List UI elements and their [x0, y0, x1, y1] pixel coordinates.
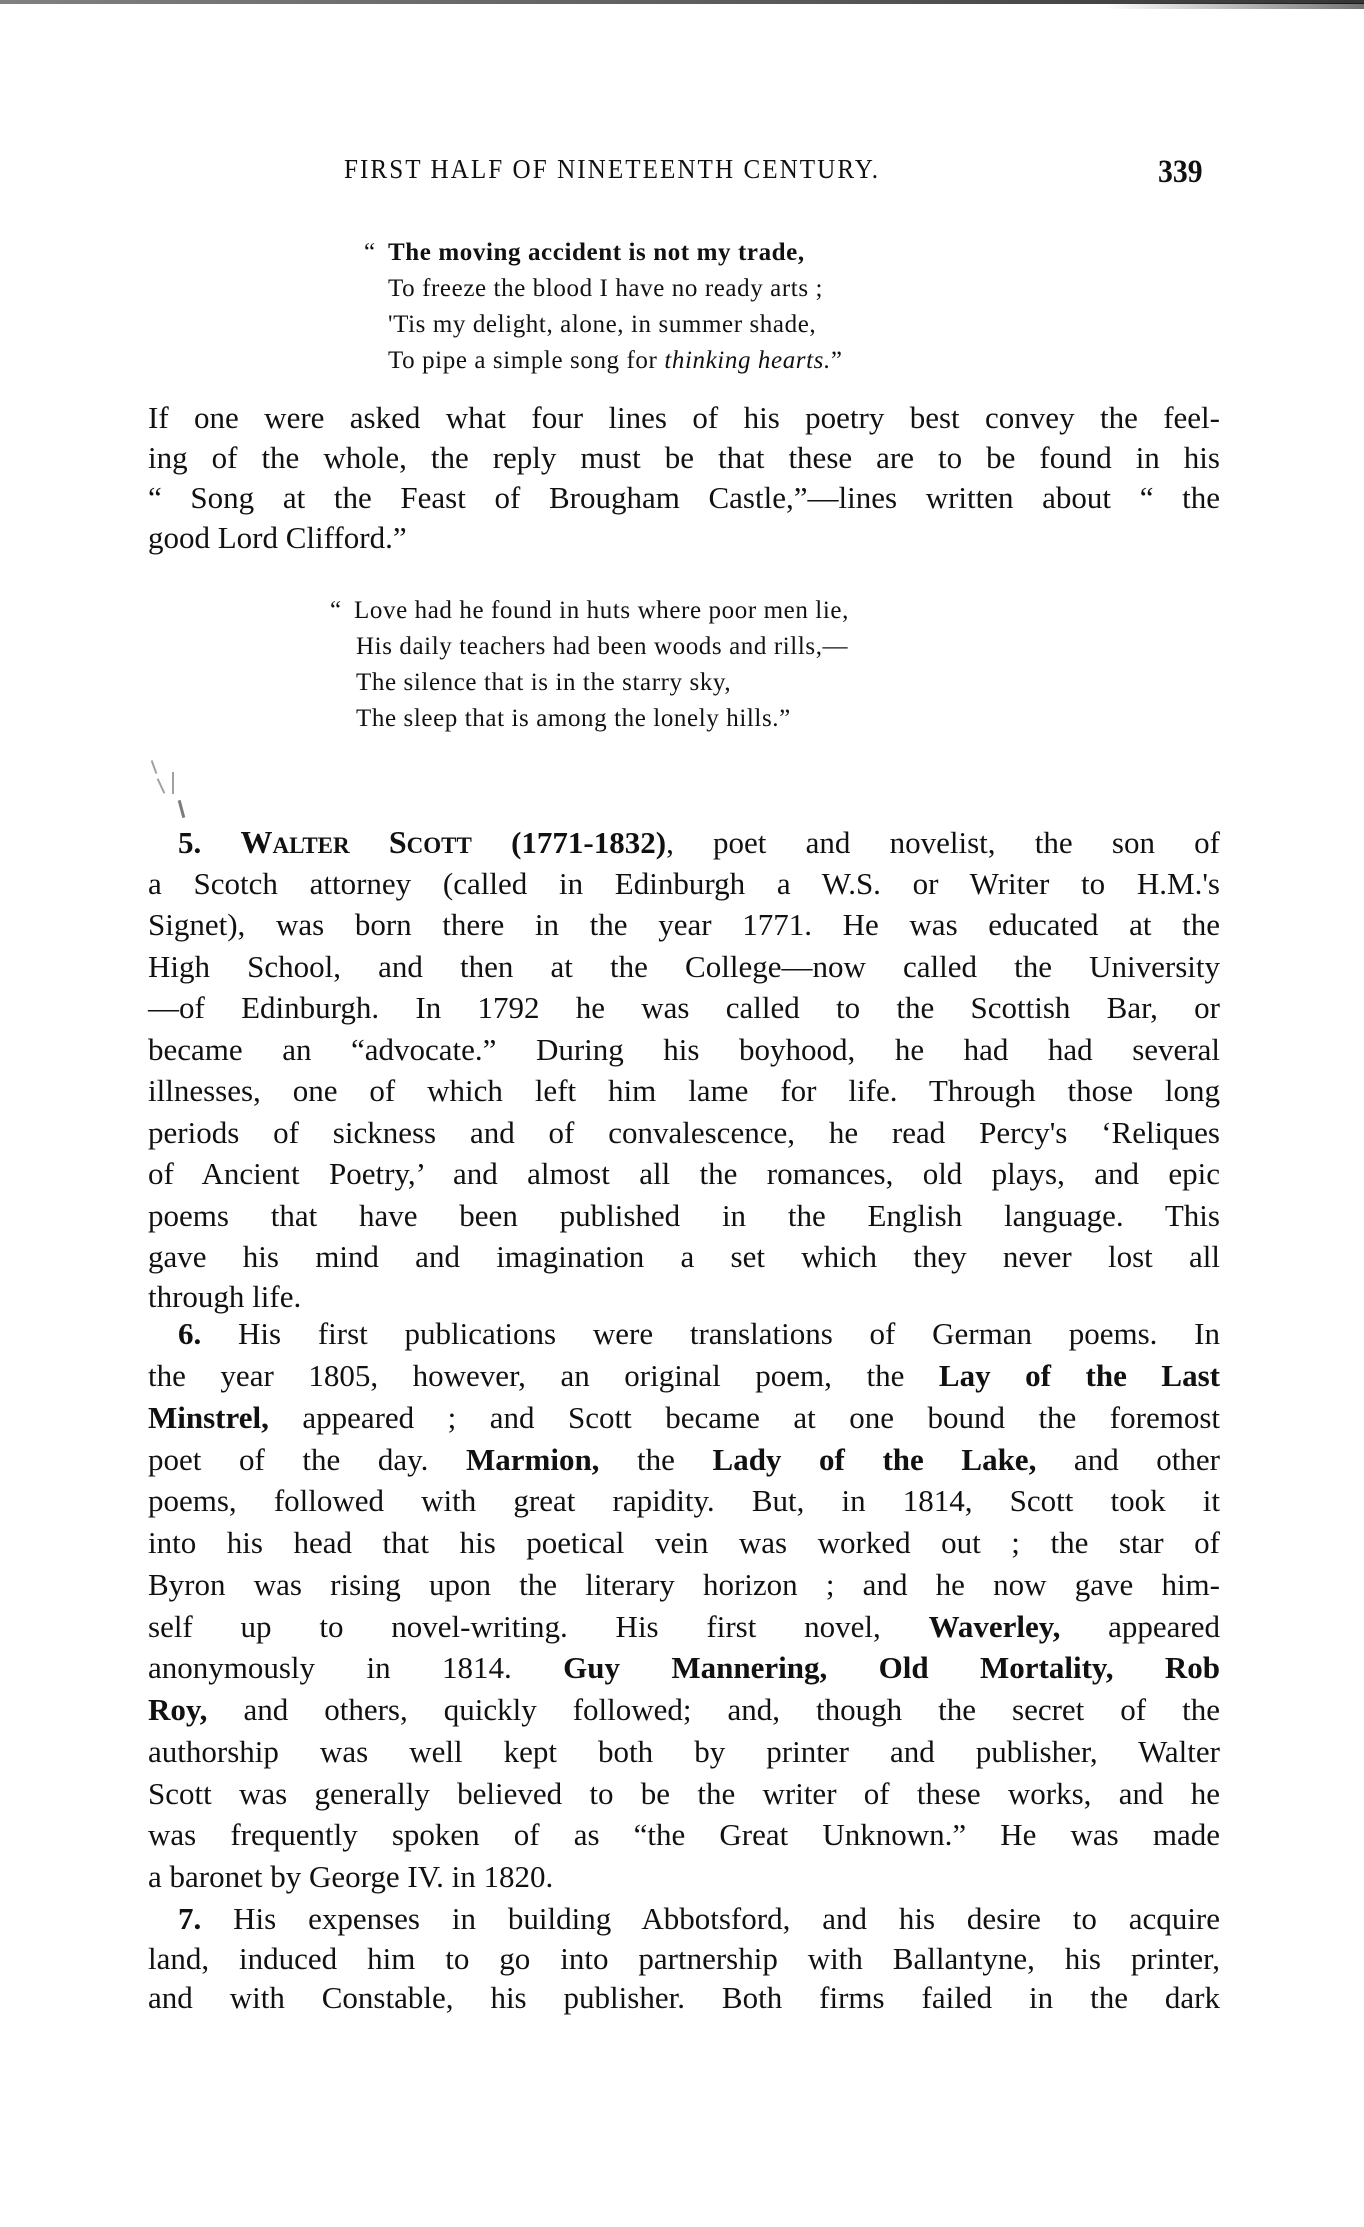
work-title: Lay of the Last [939, 1358, 1220, 1393]
text-line: Signet), was born there in the year 1771… [148, 905, 1220, 945]
text-line: poems, followed with great rapidity. But… [148, 1481, 1220, 1521]
text-line: into his head that his poetical vein was… [148, 1523, 1220, 1563]
text-line: land, induced him to go into partnership… [148, 1939, 1220, 1979]
scan-top-edge-shadow [1104, 3, 1364, 9]
verse-line: “Love had he found in huts where poor me… [330, 594, 849, 628]
verse-line: To pipe a simple song for thinking heart… [388, 344, 843, 378]
text-line: “ Song at the Feast of Brougham Castle,”… [148, 478, 1220, 518]
text-line: became an “advocate.” During his boyhood… [148, 1030, 1220, 1070]
section-heading-line: 5. WALTER SCOTT (1771-1832), poet and no… [148, 822, 1220, 862]
work-title: Guy Mannering, Old Mortality, Rob [563, 1650, 1220, 1685]
work-title: Waverley, [929, 1609, 1061, 1644]
text-line: —of Edinburgh. In 1792 he was called to … [148, 988, 1220, 1028]
verse-line: His daily teachers had been woods and ri… [356, 630, 848, 664]
text-line: Minstrel, appeared ; and Scott became at… [148, 1398, 1220, 1438]
work-title: Marmion, [466, 1442, 599, 1477]
running-head-title: FIRST HALF OF NINETEENTH CENTURY. [344, 154, 880, 185]
text-line: Byron was rising upon the literary horiz… [148, 1565, 1220, 1605]
running-head: FIRST HALF OF NINETEENTH CENTURY. 339 [344, 154, 1224, 194]
section-number: 5. [178, 825, 201, 860]
text-line: Roy, and others, quickly followed; and, … [148, 1690, 1220, 1730]
section-number: 7. [178, 1901, 201, 1936]
verse-line: “The moving accident is not my trade, [364, 236, 805, 270]
text-line: High School, and then at the College—now… [148, 947, 1220, 987]
life-dates: (1771-1832) [511, 825, 666, 860]
verse-line: The sleep that is among the lonely hills… [356, 702, 791, 736]
text-line: through life. [148, 1277, 1220, 1317]
text-line: gave his mind and imagination a set whic… [148, 1237, 1220, 1277]
verse-line: The silence that is in the starry sky, [356, 666, 731, 700]
section-heading-line: 6. His first publications were translati… [148, 1314, 1220, 1354]
text-line: and with Constable, his publisher. Both … [148, 1978, 1220, 2018]
open-quote: “ [364, 236, 388, 270]
text-line: a Scotch attorney (called in Edinburgh a… [148, 864, 1220, 904]
text-line: Scott was generally believed to be the w… [148, 1774, 1220, 1814]
italic-emphasis: thinking hearts. [664, 347, 831, 374]
section-heading-line: 7. His expenses in building Abbotsford, … [148, 1899, 1220, 1939]
work-title: Minstrel, [148, 1400, 269, 1435]
text-line: the year 1805, however, an original poem… [148, 1356, 1220, 1396]
text-line: ing of the whole, the reply must be that… [148, 438, 1220, 478]
text-line: If one were asked what four lines of his… [148, 398, 1220, 438]
text-line: good Lord Clifford.” [148, 518, 1220, 558]
text-line: a baronet by George IV. in 1820. [148, 1857, 1220, 1897]
text-line: of Ancient Poetry,’ and almost all the r… [148, 1154, 1220, 1194]
text-line: poems that have been published in the En… [148, 1196, 1220, 1236]
text-line: self up to novel-writing. His first nove… [148, 1607, 1220, 1647]
work-title: Roy, [148, 1692, 207, 1727]
text-line: periods of sickness and of convalescence… [148, 1113, 1220, 1153]
verse-line: To freeze the blood I have no ready arts… [388, 272, 823, 306]
text-line: poet of the day. Marmion, the Lady of th… [148, 1440, 1220, 1480]
page-number: 339 [1158, 154, 1203, 191]
work-title: Lady of the Lake, [713, 1442, 1037, 1477]
section-number: 6. [178, 1316, 201, 1351]
text-line: anonymously in 1814. Guy Mannering, Old … [148, 1648, 1220, 1688]
open-quote: “ [330, 594, 354, 628]
verse-line: 'Tis my delight, alone, in summer shade, [388, 308, 816, 342]
text-line: was frequently spoken of as “the Great U… [148, 1815, 1220, 1855]
text-line: illnesses, one of which left him lame fo… [148, 1071, 1220, 1111]
text-line: authorship was well kept both by printer… [148, 1732, 1220, 1772]
section-title: WALTER SCOTT (1771-1832) [240, 825, 666, 860]
